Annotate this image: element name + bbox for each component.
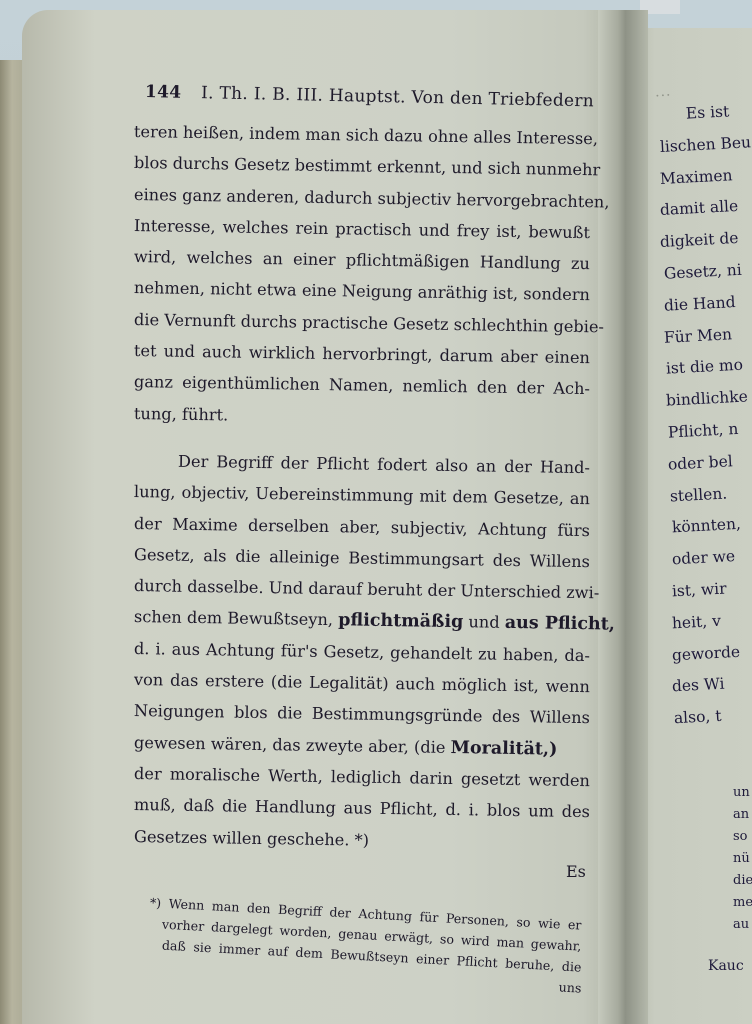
right-page-text: Es ist lischen Beu Maximen damit alle di… — [660, 100, 752, 736]
text-span: gewesen wären, das zweyte aber, (die — [134, 733, 451, 757]
text-line: oder we — [660, 540, 752, 577]
text-line: ist die mo — [660, 350, 752, 387]
text-line: nü — [733, 848, 752, 870]
right-page-faded-head: ... — [654, 83, 671, 100]
emphasized-term: Moralität,) — [450, 738, 557, 760]
text-line: oder bel — [660, 445, 752, 482]
emphasized-term: pflichtmäßig — [338, 611, 463, 633]
right-page-footnote-fragments: un an so nü die me au — [733, 782, 752, 936]
emphasized-term: aus Pflicht, — [505, 613, 615, 635]
text-span: schen dem Bewußtseyn, — [134, 607, 338, 629]
text-line: geworde — [660, 636, 752, 673]
text-line: digkeit de — [660, 222, 752, 259]
text-line: un — [733, 782, 752, 804]
text-line: bindlichke — [660, 381, 752, 418]
body-text: teren heißen, indem man sich dazu ohne a… — [134, 116, 594, 852]
text-line: könnten, — [660, 509, 752, 546]
text-line: lischen Beu — [660, 127, 752, 164]
text-line: des Wi — [660, 668, 752, 705]
footnote: *) Wenn man den Begriff der Achtung für … — [150, 892, 595, 976]
text-line: also, t — [660, 699, 752, 736]
text-line: Gesetz, ni — [660, 254, 752, 291]
catchword: Es — [566, 862, 586, 881]
text-span: und — [463, 613, 505, 633]
text-line: Pflicht, n — [660, 413, 752, 450]
page-number: 144 — [145, 82, 182, 103]
text-line: an — [733, 804, 752, 826]
text-line: die — [733, 870, 752, 892]
text-line: damit alle — [660, 191, 752, 228]
text-line: me — [733, 892, 752, 914]
text-line: au — [733, 914, 752, 936]
text-line: die Hand — [660, 286, 752, 323]
right-page-catchword: Kauc — [708, 958, 752, 974]
text-line: ist, wir — [660, 572, 752, 609]
book-gutter — [598, 10, 648, 1024]
text-line: so — [733, 826, 752, 848]
text-line: heit, v — [660, 604, 752, 641]
text-line: Gesetzes willen geschehe. *) — [134, 821, 594, 860]
